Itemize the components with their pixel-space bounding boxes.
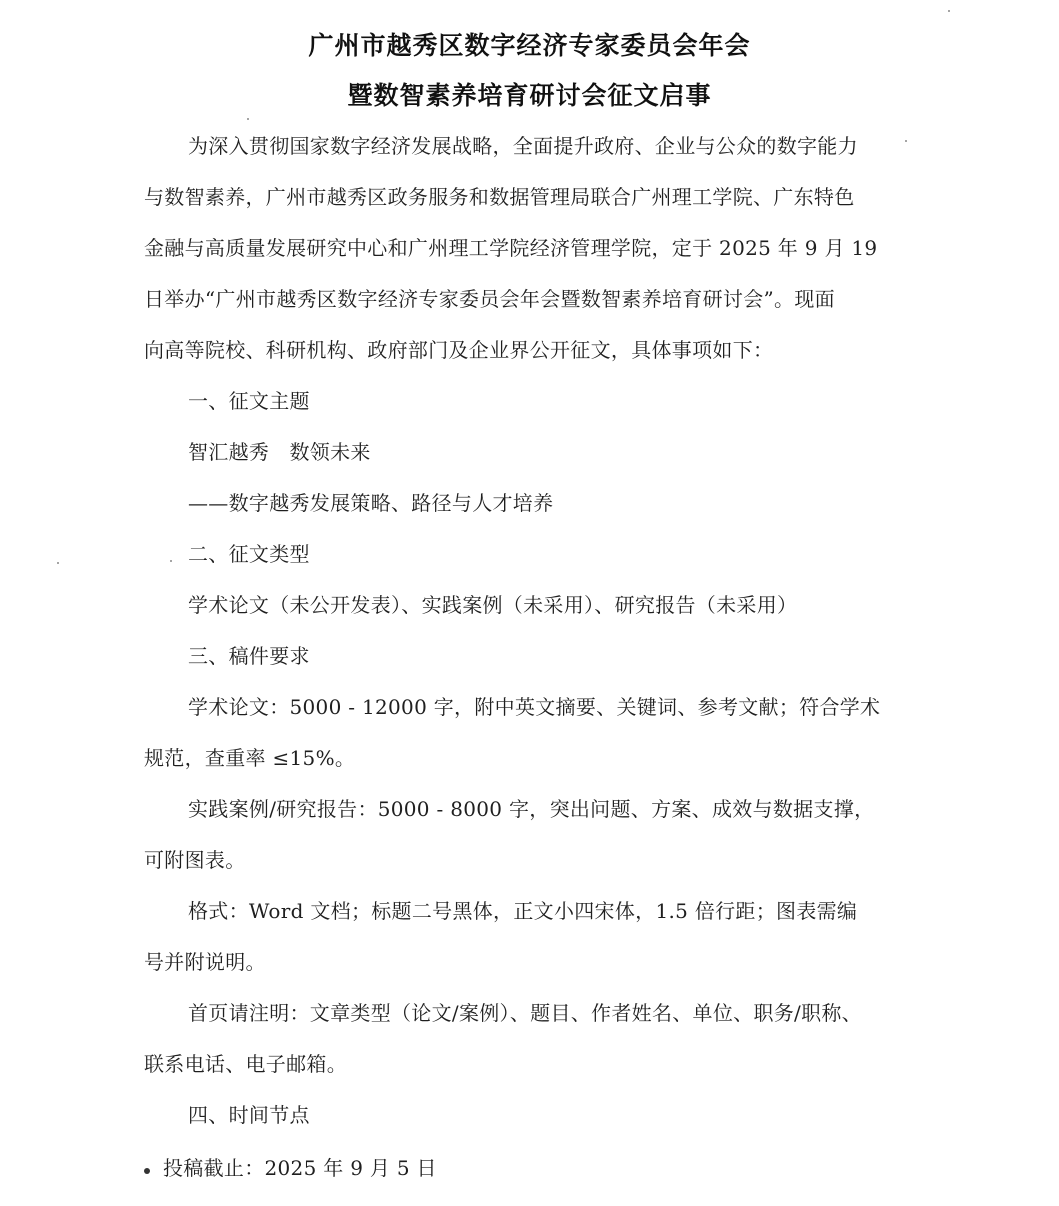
theme-line-2: ——数字越秀发展策略、路径与人才培养 <box>188 490 553 516</box>
scan-speck <box>170 560 172 562</box>
timeline-deadline: 投稿截止：2025 年 9 月 5 日 <box>163 1155 437 1181</box>
section-heading-theme: 一、征文主题 <box>188 388 310 414</box>
types-line-1: 学术论文（未公开发表）、实践案例（未采用）、研究报告（未采用） <box>188 592 797 618</box>
requirements-case-line-1: 实践案例/研究报告：5000 - 8000 字，突出问题、方案、成效与数据支撑， <box>188 796 874 822</box>
section-heading-requirements: 三、稿件要求 <box>188 643 310 669</box>
requirements-format-line-2: 号并附说明。 <box>144 949 266 975</box>
intro-line-1: 为深入贯彻国家数字经济发展战略，全面提升政府、企业与公众的数字能力 <box>188 133 858 159</box>
intro-line-4: 日举办“广州市越秀区数字经济专家委员会年会暨数智素养培育研讨会”。现面 <box>144 286 835 312</box>
document-page: 广州市越秀区数字经济专家委员会年会 暨数智素养培育研讨会征文启事 为深入贯彻国家… <box>0 0 1059 1206</box>
intro-line-3: 金融与高质量发展研究中心和广州理工学院经济管理学院，定于 2025 年 9 月 … <box>144 235 877 261</box>
requirements-cover-line-1: 首页请注明：文章类型（论文/案例）、题目、作者姓名、单位、职务/职称、 <box>188 1000 862 1026</box>
requirements-paper-line-1: 学术论文：5000 - 12000 字，附中英文摘要、关键词、参考文献；符合学术 <box>188 694 880 720</box>
intro-line-5: 向高等院校、科研机构、政府部门及企业界公开征文，具体事项如下： <box>144 337 773 363</box>
requirements-case-line-2: 可附图表。 <box>144 847 246 873</box>
scan-speck <box>905 140 907 142</box>
bullet-icon <box>144 1168 150 1174</box>
requirements-paper-line-2: 规范，查重率 ≤15%。 <box>144 745 355 771</box>
requirements-cover-line-2: 联系电话、电子邮箱。 <box>144 1051 347 1077</box>
section-heading-types: 二、征文类型 <box>188 541 310 567</box>
scan-speck <box>57 562 59 564</box>
scan-speck <box>247 118 249 120</box>
scan-speck <box>948 10 950 12</box>
theme-line-1: 智汇越秀 数领未来 <box>188 439 371 465</box>
requirements-format-line-1: 格式：Word 文档；标题二号黑体，正文小四宋体，1.5 倍行距；图表需编 <box>188 898 857 924</box>
document-title-line-1: 广州市越秀区数字经济专家委员会年会 <box>0 26 1059 62</box>
intro-line-2: 与数智素养，广州市越秀区政务服务和数据管理局联合广州理工学院、广东特色 <box>144 184 855 210</box>
document-title-line-2: 暨数智素养培育研讨会征文启事 <box>0 76 1059 112</box>
section-heading-timeline: 四、时间节点 <box>188 1102 310 1128</box>
